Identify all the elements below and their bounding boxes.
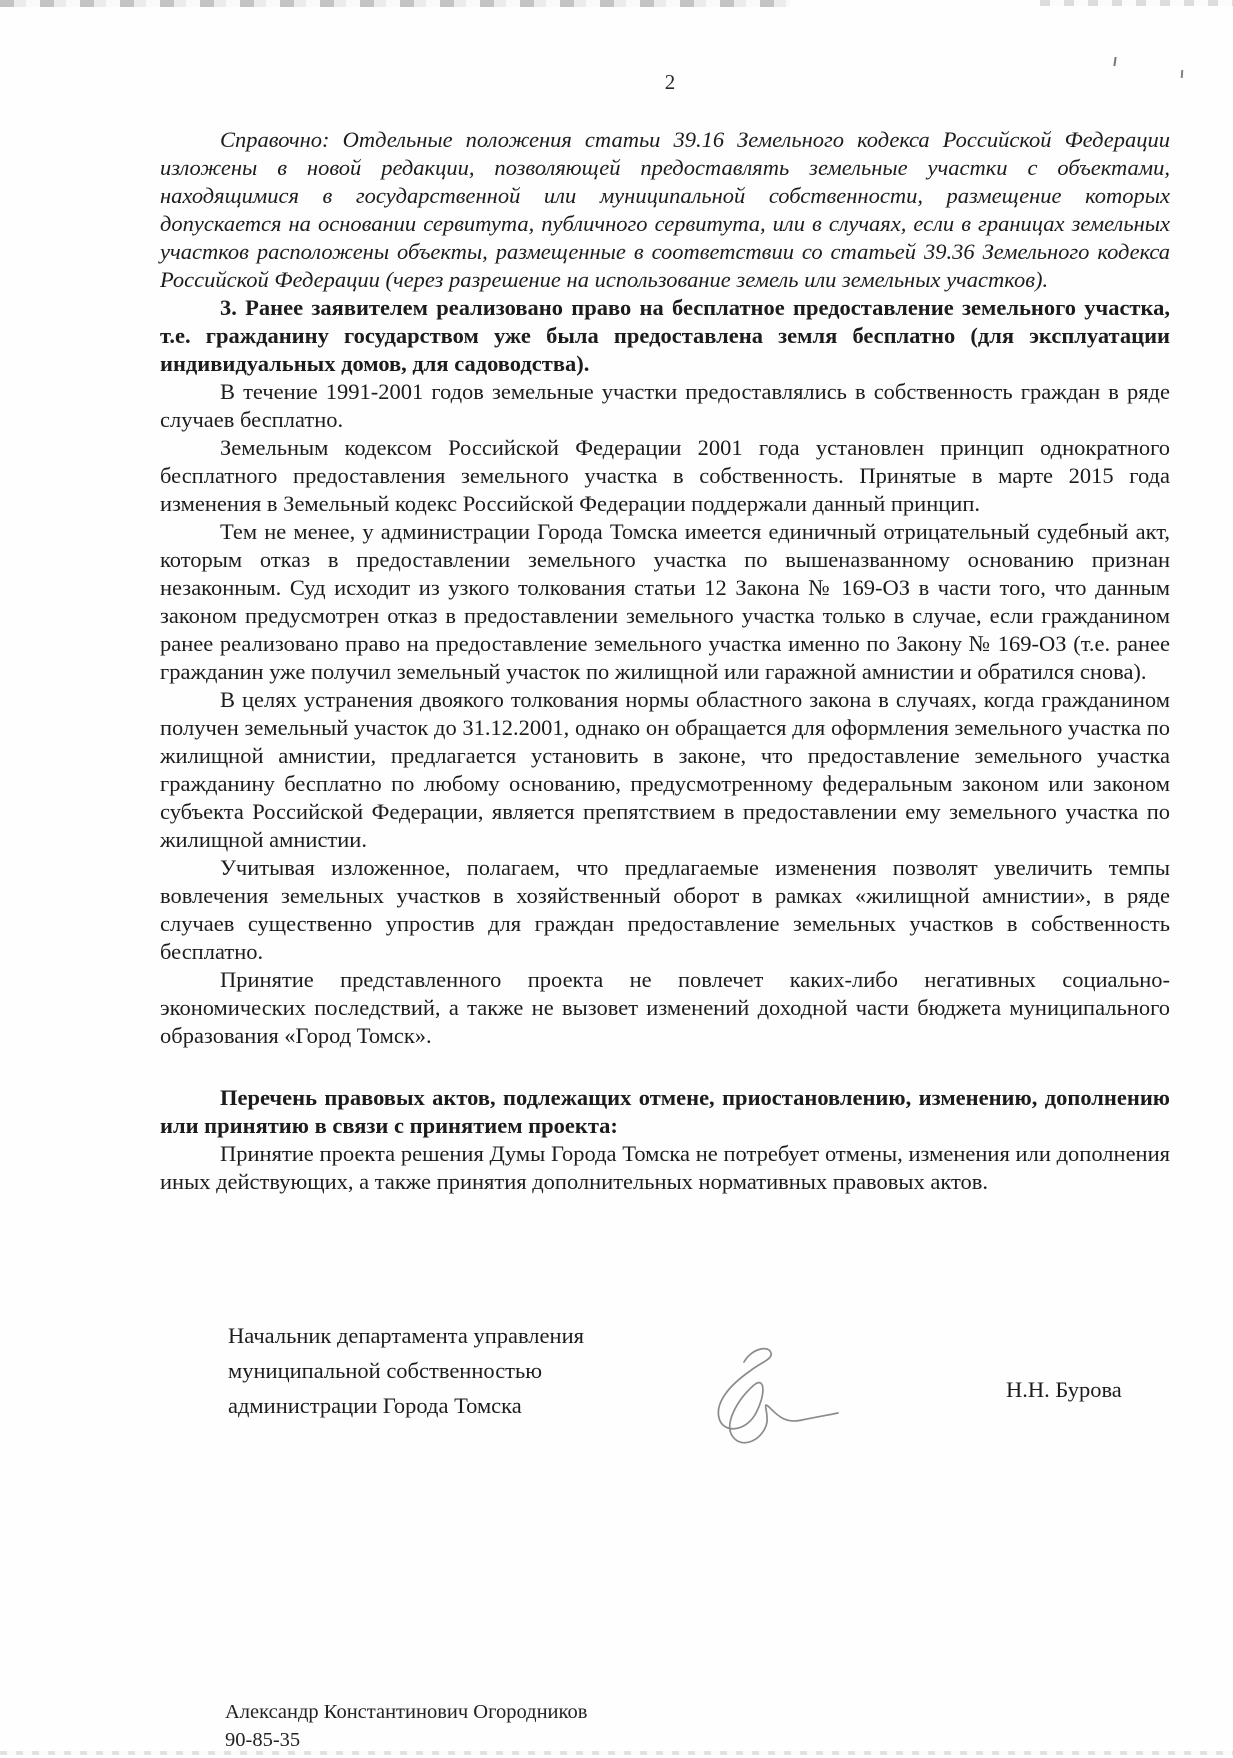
- signatory-title-line: Начальник департамента управления: [228, 1318, 584, 1353]
- closing-paragraph: Принятие проекта решения Думы Города Том…: [160, 1140, 1170, 1196]
- paragraph: Тем не менее, у администрации Города Том…: [160, 518, 1170, 686]
- acts-list-heading: Перечень правовых актов, подлежащих отме…: [160, 1084, 1170, 1140]
- signatory-title-line: муниципальной собственностью: [228, 1353, 584, 1388]
- footer-contact: Александр Константинович Огородников 90-…: [225, 1698, 587, 1754]
- signatory-name: Н.Н. Бурова: [1006, 1377, 1122, 1403]
- scan-artifact-top-right: [1040, 0, 1233, 6]
- scan-speck: [1113, 57, 1116, 66]
- document-body: Справочно: Отдельные положения статьи 39…: [160, 126, 1170, 1196]
- paragraph: Принятие представленного проекта не повл…: [160, 966, 1170, 1050]
- document-page: 2 Справочно: Отдельные положения статьи …: [0, 0, 1233, 1758]
- paragraph: В целях устранения двоякого толкования н…: [160, 686, 1170, 854]
- signatory-title-line: администрации Города Томска: [228, 1388, 584, 1423]
- clause-3-paragraph: 3. Ранее заявителем реализовано право на…: [160, 294, 1170, 378]
- paragraph: В течение 1991-2001 годов земельные учас…: [160, 378, 1170, 434]
- reference-note-paragraph: Справочно: Отдельные положения статьи 39…: [160, 126, 1170, 294]
- contact-name: Александр Константинович Огородников: [225, 1698, 587, 1726]
- paragraph: Учитывая изложенное, полагаем, что предл…: [160, 854, 1170, 966]
- page-number: 2: [0, 70, 1233, 95]
- contact-phone: 90-85-35: [225, 1726, 587, 1754]
- paragraph: Земельным кодексом Российской Федерации …: [160, 434, 1170, 518]
- handwritten-signature: [706, 1340, 846, 1450]
- signature-block: Начальник департамента управления муници…: [228, 1318, 584, 1423]
- scan-artifact-bottom: [0, 1751, 1233, 1755]
- scan-artifact-top: [0, 0, 790, 7]
